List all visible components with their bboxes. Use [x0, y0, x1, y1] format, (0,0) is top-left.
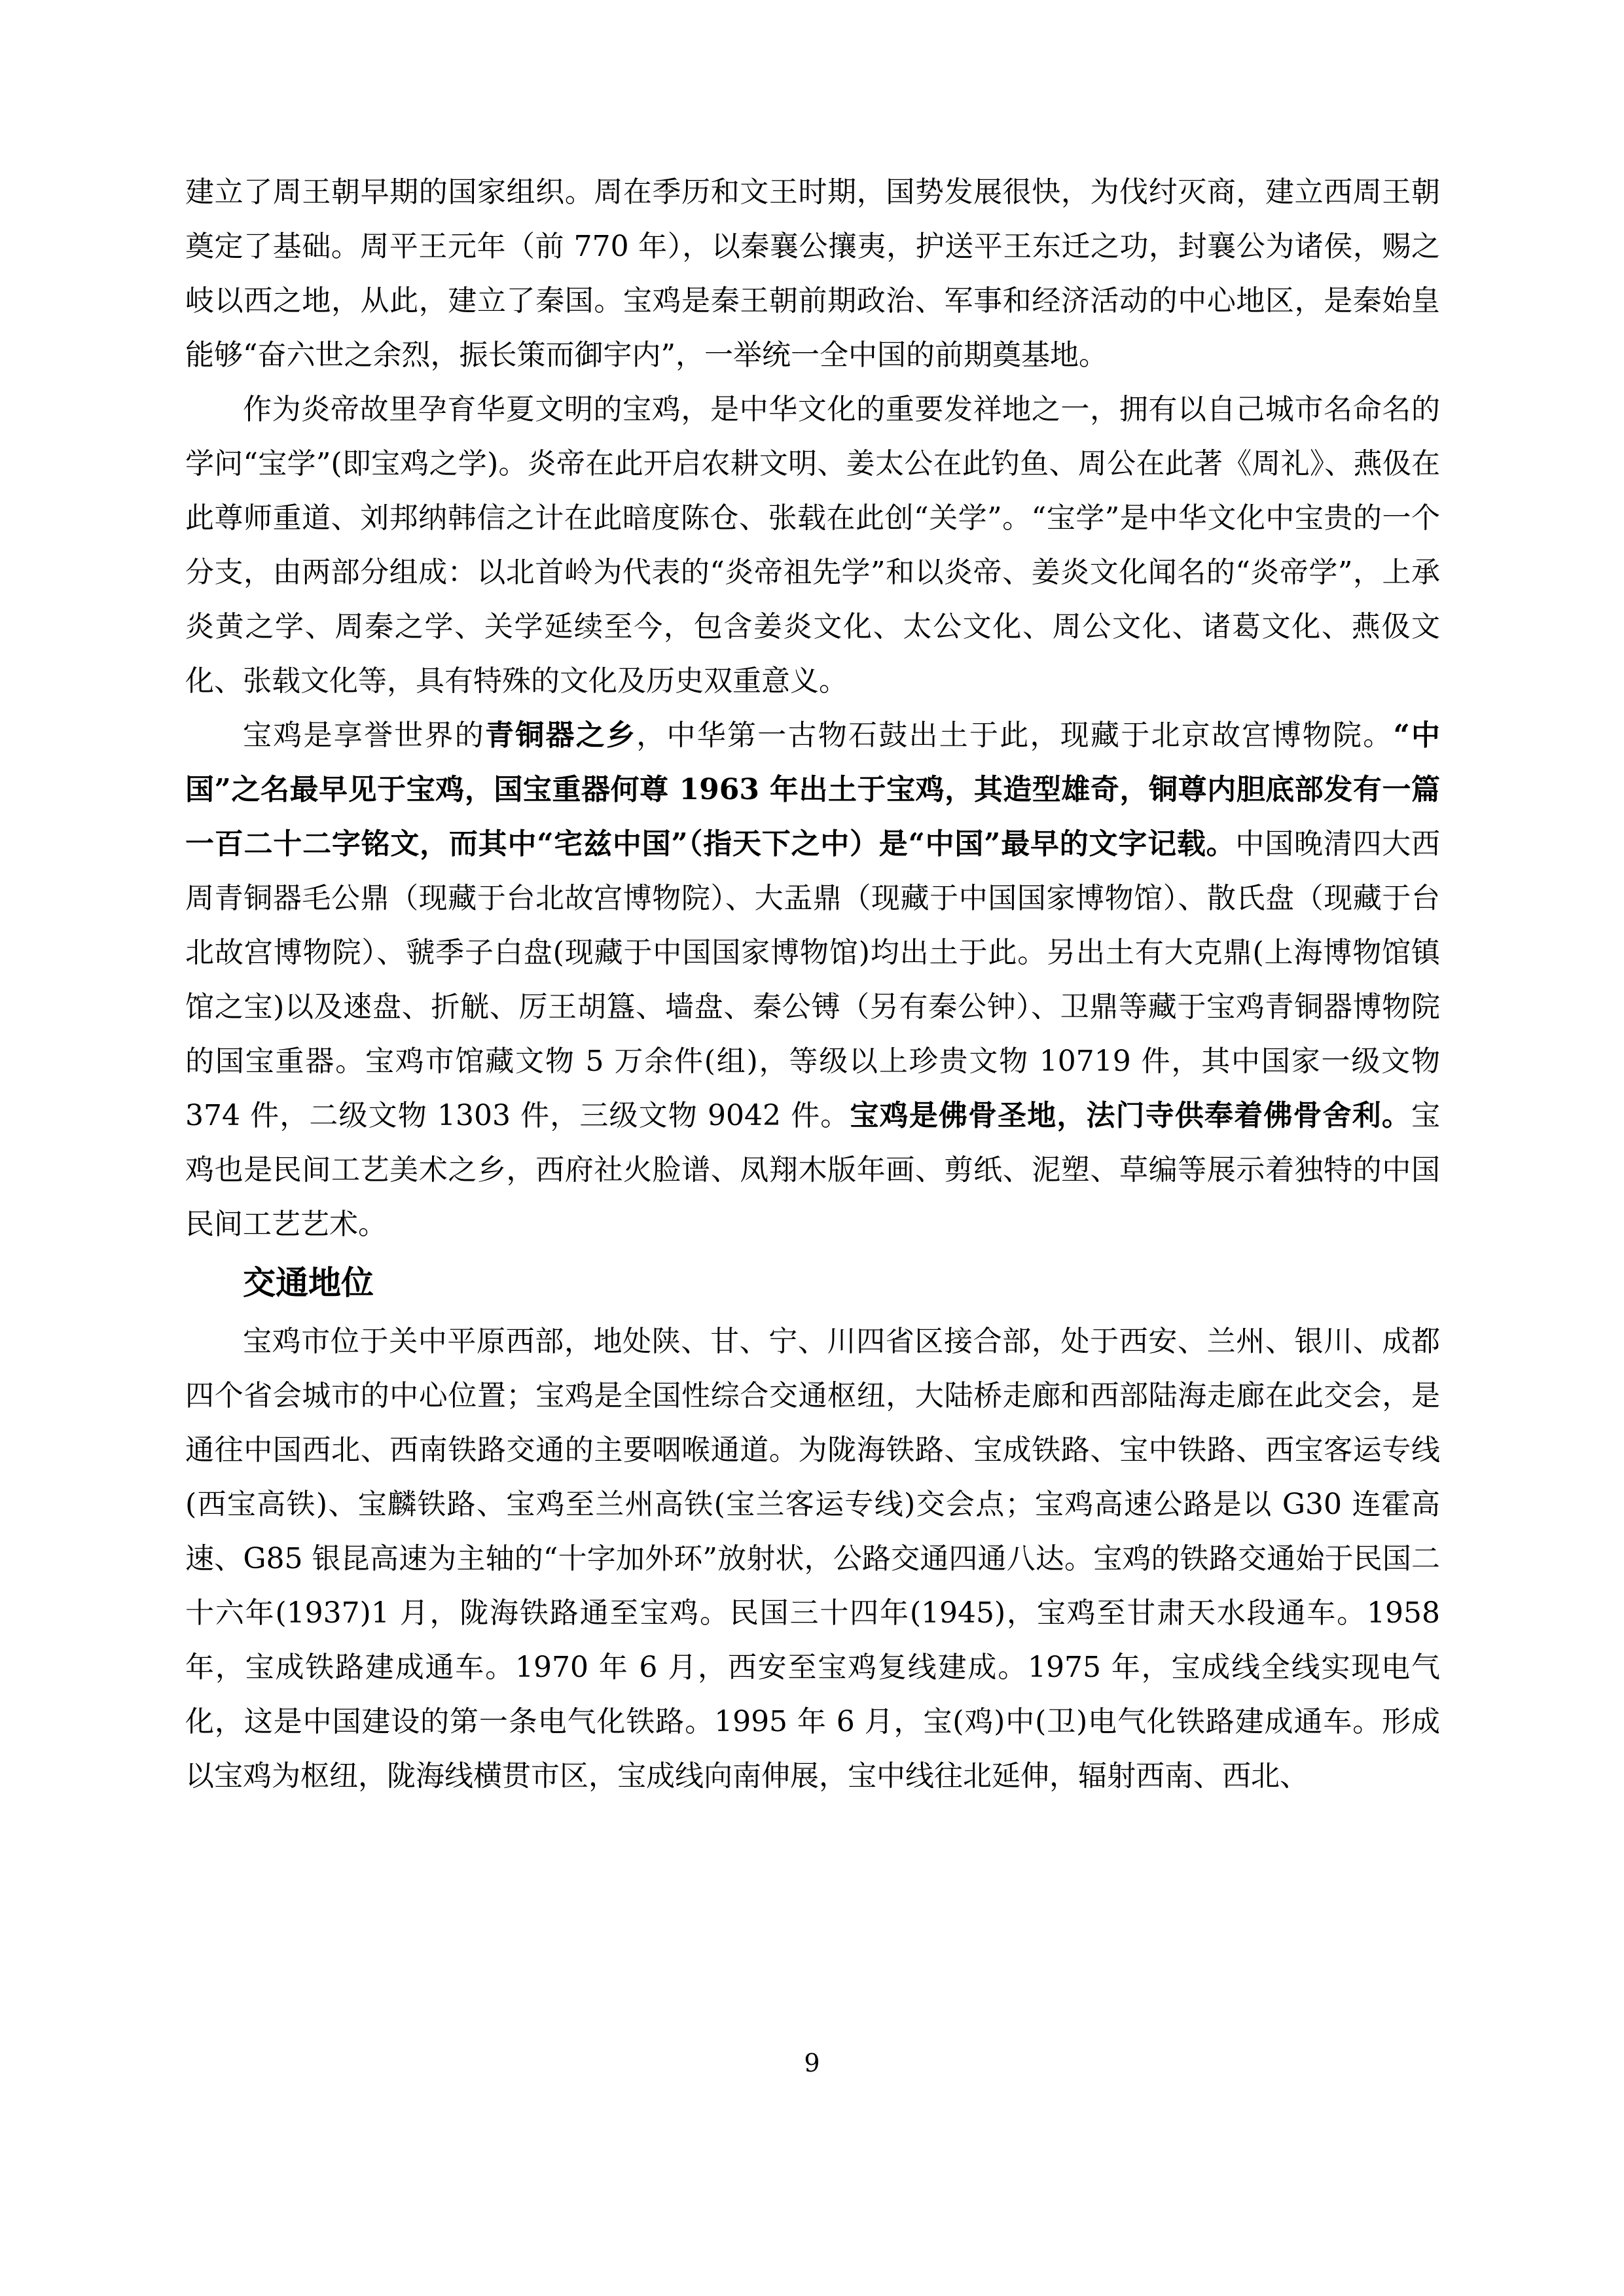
text-run: 宝鸡市位于关中平原西部，地处陕、甘、宁、川四省区接合部，处于西安、兰州、银川、成…	[185, 1325, 1440, 1793]
paragraph: 建立了周王朝早期的国家组织。周在季历和文王时期，国势发展很快，为伐纣灭商，建立西…	[185, 165, 1440, 382]
document-body: 建立了周王朝早期的国家组织。周在季历和文王时期，国势发展很快，为伐纣灭商，建立西…	[185, 165, 1440, 1803]
paragraph: 作为炎帝故里孕育华夏文明的宝鸡，是中华文化的重要发祥地之一，拥有以自己城市名命名…	[185, 382, 1440, 708]
bold-text-run: 宝鸡是佛骨圣地，法门寺供奉着佛骨舍利。	[850, 1099, 1411, 1132]
bold-text-run: 青铜器之乡	[485, 719, 636, 752]
text-run: 建立了周王朝早期的国家组织。周在季历和文王时期，国势发展很快，为伐纣灭商，建立西…	[185, 175, 1440, 372]
text-run: 宝鸡是享誉世界的	[243, 719, 485, 752]
text-run: 作为炎帝故里孕育华夏文明的宝鸡，是中华文化的重要发祥地之一，拥有以自己城市名命名…	[185, 393, 1440, 698]
bold-text-run: 交通地位	[243, 1263, 374, 1302]
paragraph: 宝鸡是享誉世界的青铜器之乡，中华第一古物石鼓出土于此，现藏于北京故宫博物院。“中…	[185, 708, 1440, 1251]
text-run: ，中华第一古物石鼓出土于此，现藏于北京故宫博物院。	[636, 719, 1393, 752]
paragraph: 宝鸡市位于关中平原西部，地处陕、甘、宁、川四省区接合部，处于西安、兰州、银川、成…	[185, 1314, 1440, 1803]
document-page: 建立了周王朝早期的国家组织。周在季历和文王时期，国势发展很快，为伐纣灭商，建立西…	[0, 0, 1624, 2296]
page-number: 9	[0, 2047, 1624, 2079]
section-heading: 交通地位	[185, 1255, 1440, 1310]
text-run: 中国晚清四大西周青铜器毛公鼎（现藏于台北故宫博物院）、大盂鼎（现藏于中国国家博物…	[185, 827, 1440, 1132]
